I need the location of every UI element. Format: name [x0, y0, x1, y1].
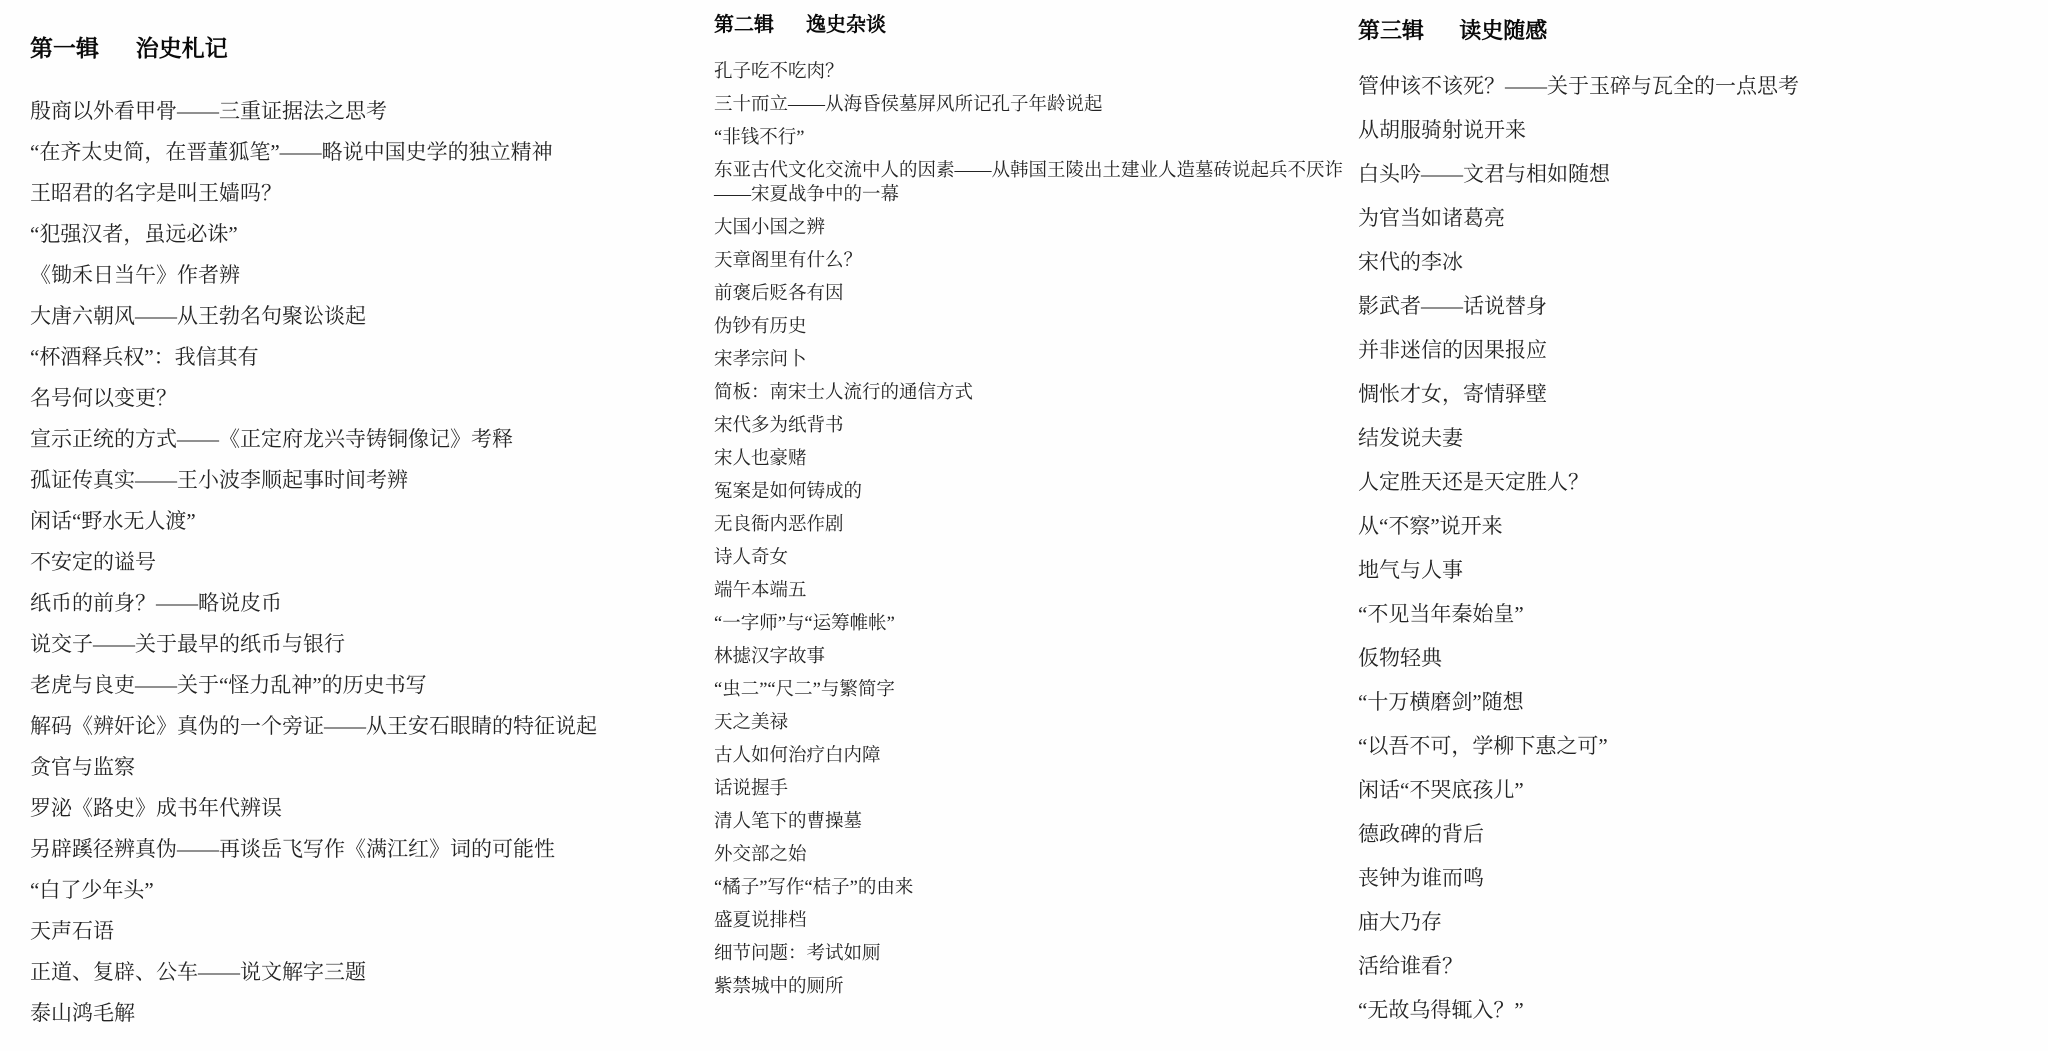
toc-item: 解码《辨奸论》真伪的一个旁证——从王安石眼睛的特征说起 [30, 713, 680, 740]
toc-item: 话说握手 [714, 777, 1348, 801]
toc-item: 地气与人事 [1358, 557, 2038, 584]
toc-item: 三十而立——从海昏侯墓屏风所记孔子年龄说起 [714, 93, 1348, 117]
toc-item: 影武者——话说替身 [1358, 293, 2038, 320]
toc-item: 宋代多为纸背书 [714, 414, 1348, 438]
toc-item: 从胡服骑射说开来 [1358, 117, 2038, 144]
section-1-volume-label: 第一辑 [30, 36, 99, 61]
toc-item: 另辟蹊径辨真伪——再谈岳飞写作《满江红》词的可能性 [30, 836, 680, 863]
toc-item: 名号何以变更？ [30, 385, 680, 412]
toc-item: 德政碑的背后 [1358, 821, 2038, 848]
toc-item: “犯强汉者，虽远必诛” [30, 221, 680, 248]
toc-item: 丧钟为谁而鸣 [1358, 865, 2038, 892]
section-1-heading: 第一辑治史札记 [30, 34, 680, 64]
toc-item: 《锄禾日当午》作者辨 [30, 262, 680, 289]
toc-item: 东亚古代文化交流中人的因素——从韩国王陵出土建业人造墓砖说起兵不厌诈——宋夏战争… [714, 159, 1348, 207]
toc-item: 仮物轻典 [1358, 645, 2038, 672]
section-3-heading: 第三辑读史随感 [1358, 16, 2038, 45]
toc-item: 宋孝宗问卜 [714, 348, 1348, 372]
toc-section-1: 第一辑治史札记 殷商以外看甲骨——三重证据法之思考“在齐太史简，在晋董狐笔”——… [30, 34, 680, 1041]
toc-item: 殷商以外看甲骨——三重证据法之思考 [30, 98, 680, 125]
toc-item: “杯酒释兵权”：我信其有 [30, 344, 680, 371]
book-toc-page: 第一辑治史札记 殷商以外看甲骨——三重证据法之思考“在齐太史简，在晋董狐笔”——… [0, 0, 2048, 1051]
toc-item: “虫二”“尺二”与繁简字 [714, 678, 1348, 702]
toc-item: 诗人奇女 [714, 546, 1348, 570]
section-3-volume-label: 第三辑 [1358, 18, 1424, 43]
toc-item: 大国小国之辨 [714, 216, 1348, 240]
toc-item: “以吾不可，学柳下惠之可” [1358, 733, 2038, 760]
toc-item: 庙大乃存 [1358, 909, 2038, 936]
toc-item: 天章阁里有什么？ [714, 249, 1348, 273]
toc-item: 宣示正统的方式——《正定府龙兴寺铸铜像记》考释 [30, 426, 680, 453]
toc-item: “无故乌得辄入？” [1358, 997, 2038, 1024]
toc-item: 细节问题：考试如厕 [714, 942, 1348, 966]
toc-item: 天声石语 [30, 918, 680, 945]
toc-item: 宋代的李冰 [1358, 249, 2038, 276]
toc-item: 无良衙内恶作剧 [714, 513, 1348, 537]
section-2-volume-label: 第二辑 [714, 14, 774, 36]
section-2-title: 逸史杂谈 [806, 14, 886, 36]
section-3-title: 读史随感 [1459, 18, 1547, 43]
toc-item: 纸币的前身？——略说皮币 [30, 590, 680, 617]
toc-item: 并非迷信的因果报应 [1358, 337, 2038, 364]
toc-item: 闲话“野水无人渡” [30, 508, 680, 535]
toc-item: 闲话“不哭底孩儿” [1358, 777, 2038, 804]
toc-item: 从“不察”说开来 [1358, 513, 2038, 540]
section-2-item-list: 孔子吃不吃肉？三十而立——从海昏侯墓屏风所记孔子年龄说起“非钱不行”东亚古代文化… [714, 60, 1348, 999]
toc-item: 惆怅才女，寄情驿壁 [1358, 381, 2038, 408]
toc-item: 不安定的谥号 [30, 549, 680, 576]
toc-item: 清人笔下的曹操墓 [714, 810, 1348, 834]
toc-item: 为官当如诸葛亮 [1358, 205, 2038, 232]
section-2-heading: 第二辑逸史杂谈 [714, 12, 1348, 38]
toc-item: “一字师”与“运筹帷帐” [714, 612, 1348, 636]
toc-item: 林摅汉字故事 [714, 645, 1348, 669]
toc-item: 说交子——关于最早的纸币与银行 [30, 631, 680, 658]
toc-item: 盛夏说排档 [714, 909, 1348, 933]
toc-item: 外交部之始 [714, 843, 1348, 867]
toc-item: “在齐太史简，在晋董狐笔”——略说中国史学的独立精神 [30, 139, 680, 166]
toc-item: 宋人也豪赌 [714, 447, 1348, 471]
toc-item: 紫禁城中的厕所 [714, 975, 1348, 999]
toc-item: 古人如何治疗白内障 [714, 744, 1348, 768]
section-1-title: 治史札记 [136, 36, 228, 61]
toc-item: 孤证传真实——王小波李顺起事时间考辨 [30, 467, 680, 494]
toc-item: “不见当年秦始皇” [1358, 601, 2038, 628]
toc-item: 人定胜天还是天定胜人？ [1358, 469, 2038, 496]
toc-item: 大唐六朝风——从王勃名句聚讼谈起 [30, 303, 680, 330]
toc-item: 王昭君的名字是叫王嫱吗？ [30, 180, 680, 207]
toc-item: 贪官与监察 [30, 754, 680, 781]
toc-item: 管仲该不该死？——关于玉碎与瓦全的一点思考 [1358, 73, 2038, 100]
section-3-item-list: 管仲该不该死？——关于玉碎与瓦全的一点思考从胡服骑射说开来白头吟——文君与相如随… [1358, 73, 2038, 1024]
section-1-item-list: 殷商以外看甲骨——三重证据法之思考“在齐太史简，在晋董狐笔”——略说中国史学的独… [30, 98, 680, 1027]
toc-item: 孔子吃不吃肉？ [714, 60, 1348, 84]
toc-section-3: 第三辑读史随感 管仲该不该死？——关于玉碎与瓦全的一点思考从胡服骑射说开来白头吟… [1358, 16, 2038, 1041]
toc-item: 冤案是如何铸成的 [714, 480, 1348, 504]
toc-item: “十万横磨剑”随想 [1358, 689, 2038, 716]
toc-item: 结发说夫妻 [1358, 425, 2038, 452]
toc-item: 简板：南宋士人流行的通信方式 [714, 381, 1348, 405]
toc-item: “非钱不行” [714, 126, 1348, 150]
toc-item: 前褒后贬各有因 [714, 282, 1348, 306]
toc-item: “白了少年头” [30, 877, 680, 904]
toc-item: 天之美禄 [714, 711, 1348, 735]
toc-item: 正道、复辟、公车——说文解字三题 [30, 959, 680, 986]
toc-section-2: 第二辑逸史杂谈 孔子吃不吃肉？三十而立——从海昏侯墓屏风所记孔子年龄说起“非钱不… [714, 12, 1348, 1008]
toc-item: 罗泌《路史》成书年代辨误 [30, 795, 680, 822]
toc-item: 泰山鸿毛解 [30, 1000, 680, 1027]
toc-item: “橘子”写作“桔子”的由来 [714, 876, 1348, 900]
toc-item: 白头吟——文君与相如随想 [1358, 161, 2038, 188]
toc-item: 伪钞有历史 [714, 315, 1348, 339]
toc-item: 老虎与良吏——关于“怪力乱神”的历史书写 [30, 672, 680, 699]
toc-item: 端午本端五 [714, 579, 1348, 603]
toc-item: 活给谁看？ [1358, 953, 2038, 980]
